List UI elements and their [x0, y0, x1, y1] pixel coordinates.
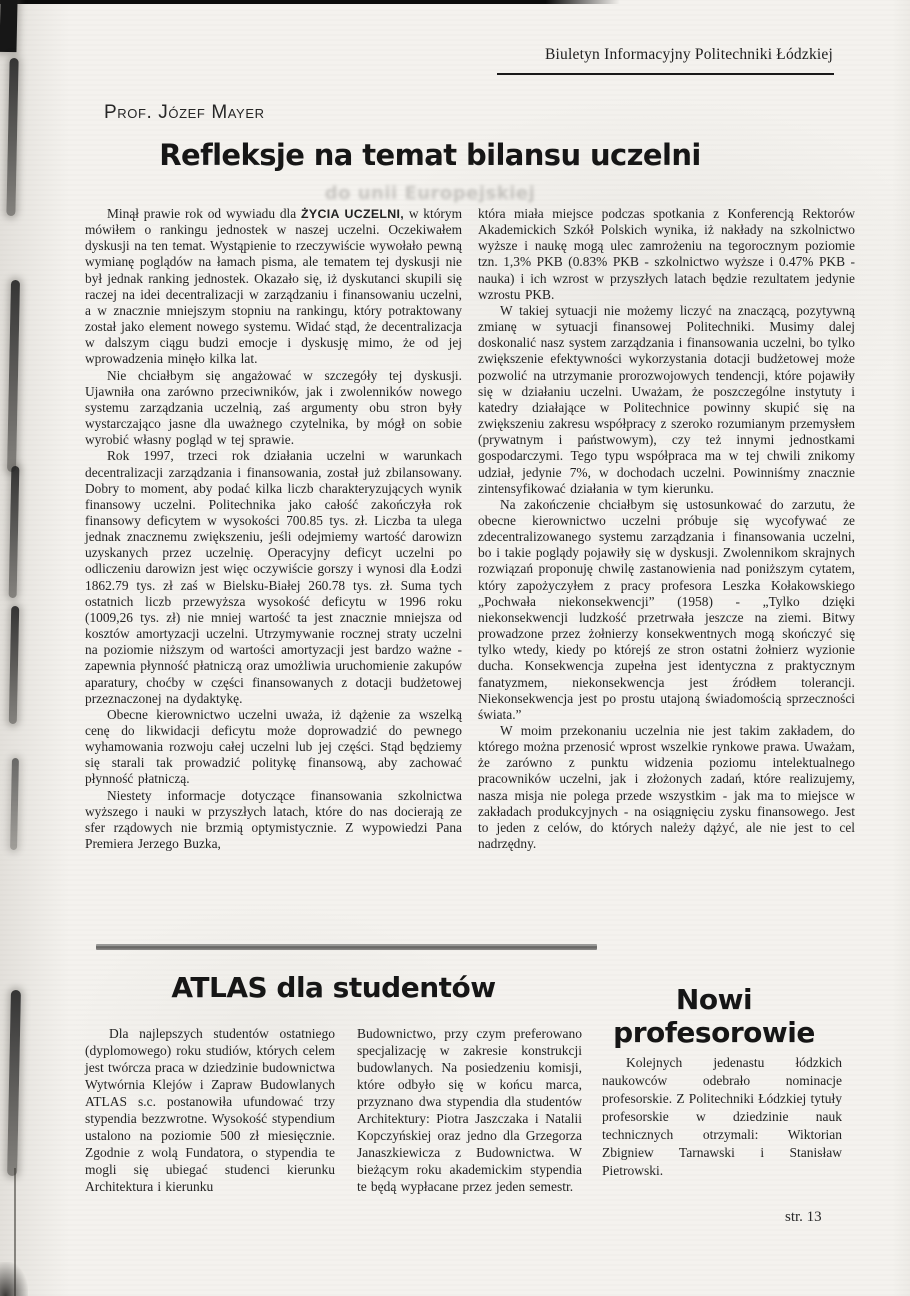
- scan-binding-mark: [6, 58, 18, 216]
- scan-binding-mark: [0, 1262, 28, 1296]
- masthead: Biuletyn Informacyjny Politechniki Łódzk…: [545, 46, 833, 64]
- paragraph: Obecne kierownictwo uczelni uważa, iż dą…: [85, 707, 462, 788]
- author-byline: Prof. Józef Mayer: [104, 102, 265, 124]
- paragraph: Na zakończenie chciałbym się ustosunkowa…: [478, 497, 855, 723]
- scan-binding-mark: [7, 280, 20, 472]
- professors-article-title: Nowi profesorowie: [588, 983, 840, 1049]
- paragraph-text: Minął prawie rok od wywiadu dla: [107, 206, 301, 221]
- atlas-article-body: Dla najlepszych studentów ostatniego (dy…: [85, 1025, 582, 1195]
- page-number: str. 13: [785, 1209, 822, 1226]
- professors-article-body: Kolejnych jedenastu łódzkich naukowców o…: [602, 1054, 842, 1180]
- scan-binding-mark: [9, 466, 20, 598]
- article-body: Minął prawie rok od wywiadu dla ŻYCIA UC…: [85, 206, 855, 852]
- paragraph-text: w którym mówiłem o rankingu jednostek w …: [85, 206, 462, 366]
- paragraph: Rok 1997, trzeci rok działania uczelni w…: [85, 448, 462, 707]
- article-title: Refleksje na temat bilansu uczelni: [85, 138, 775, 172]
- section-divider-rule: [96, 944, 597, 950]
- scan-binding-mark: [0, 0, 18, 52]
- scan-edge-top: [0, 0, 620, 4]
- paragraph: Nie chciałbym się angażować w szczegóły …: [85, 368, 462, 449]
- paragraph: która miała miejsce podczas spotkania z …: [478, 206, 855, 303]
- professors-title-line: Nowi: [588, 983, 840, 1016]
- scan-binding-mark: [7, 990, 21, 1176]
- atlas-article-title: ATLAS dla studentów: [85, 971, 582, 1004]
- paragraph: Minął prawie rok od wywiadu dla ŻYCIA UC…: [85, 206, 462, 368]
- paragraph: W takiej sytuacji nie możemy liczyć na z…: [478, 303, 855, 497]
- bleedthrough-text: do unii Europejskiej: [270, 183, 590, 204]
- atlas-column-right: Budownictwo, przy czym preferowano specj…: [357, 1025, 582, 1195]
- scan-binding-mark: [10, 758, 19, 850]
- scanned-page: Biuletyn Informacyjny Politechniki Łódzk…: [0, 0, 910, 1296]
- magazine-name: ŻYCIA UCZELNI,: [301, 207, 404, 221]
- article-column-right: która miała miejsce podczas spotkania z …: [478, 206, 855, 852]
- article-column-left: Minął prawie rok od wywiadu dla ŻYCIA UC…: [85, 206, 462, 852]
- atlas-column-left: Dla najlepszych studentów ostatniego (dy…: [85, 1025, 335, 1195]
- paragraph: Niestety informacje dotyczące finansowan…: [85, 788, 462, 853]
- masthead-rule: [497, 73, 834, 75]
- scan-binding-mark: [9, 606, 19, 724]
- professors-title-line: profesorowie: [588, 1016, 840, 1049]
- paragraph: W moim przekonaniu uczelnia nie jest tak…: [478, 723, 855, 852]
